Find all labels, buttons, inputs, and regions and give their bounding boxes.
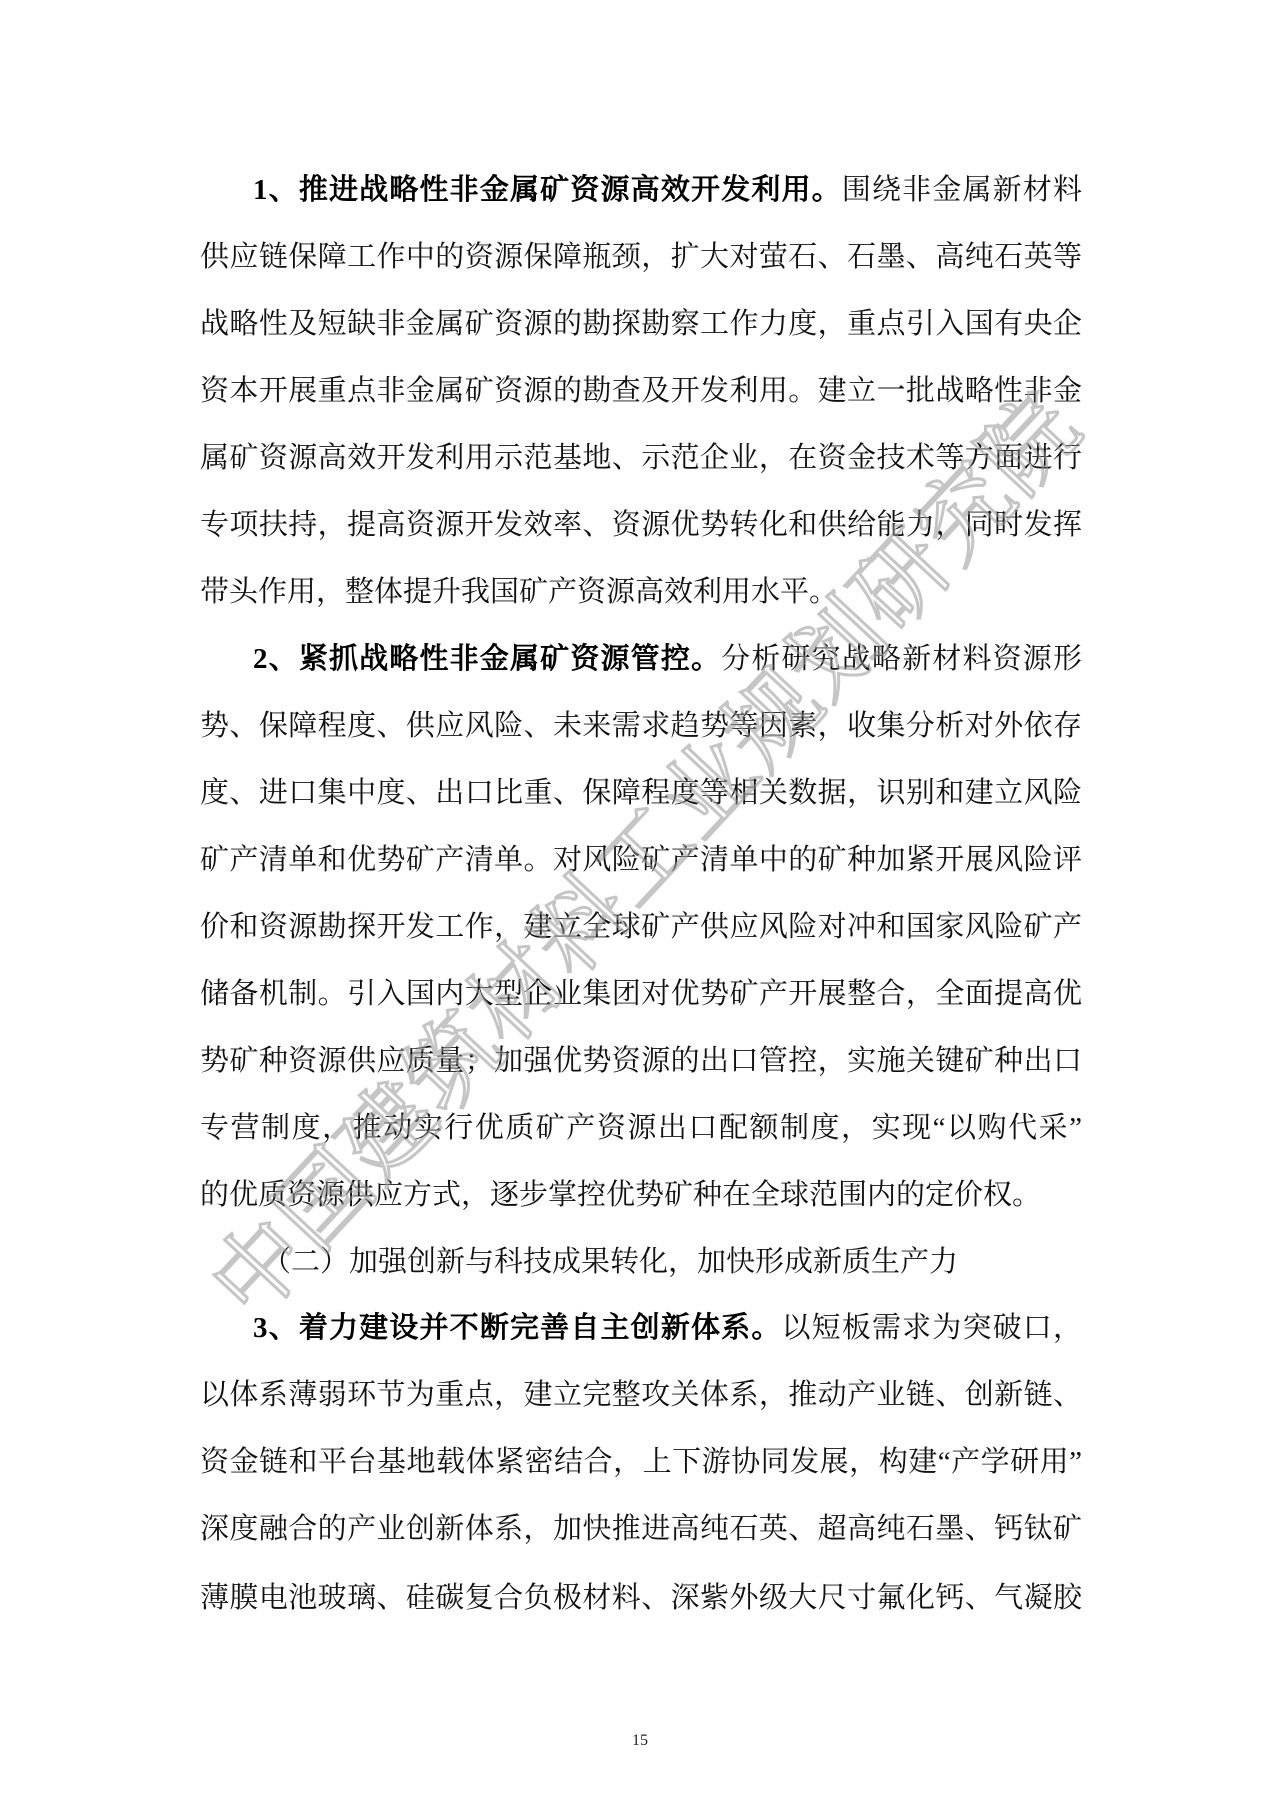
paragraph-2-line-3: 度、进口集中度、出口比重、保障程度等相关数据，识别和建立风险 (200, 773, 1082, 813)
paragraph-2-line-5: 价和资源勘探开发工作，建立全球矿产供应风险对冲和国家风险矿产 (200, 907, 1082, 947)
paragraph-1-line-5: 属矿资源高效开发利用示范基地、示范企业，在资金技术等方面进行 (200, 438, 1082, 478)
page-number: 15 (620, 1732, 660, 1750)
paragraph-2-line-4: 矿产清单和优势矿产清单。对风险矿产清单中的矿种加紧开展风险评 (200, 840, 1082, 880)
paragraph-1-line-3: 战略性及短缺非金属矿资源的勘探勘察工作力度，重点引入国有央企 (200, 304, 1082, 344)
paragraph-2-line-7: 势矿种资源供应质量；加强优势资源的出口管控，实施关键矿种出口 (200, 1041, 1082, 1081)
paragraph-2-text: 分析研究战略新材料资源形 (721, 643, 1082, 675)
paragraph-3-line-5: 薄膜电池玻璃、硅碳复合负极材料、深紫外级大尺寸氟化钙、气凝胶 (200, 1578, 1082, 1618)
paragraph-2-line-6: 储备机制。引入国内大型企业集团对优势矿产开展整合，全面提高优 (200, 974, 1082, 1014)
section-heading: （二）加强创新与科技成果转化，加快形成新质生产力 (262, 1242, 958, 1282)
paragraph-2-line-1: 2、紧抓战略性非金属矿资源管控。分析研究战略新材料资源形 (253, 639, 1082, 679)
paragraph-3-text: 以短板需求为突破口， (781, 1312, 1082, 1344)
paragraph-3-line-1: 3、着力建设并不断完善自主创新体系。以短板需求为突破口， (253, 1308, 1082, 1348)
paragraph-2-line-9: 的优质资源供应方式，逐步掌控优势矿种在全球范围内的定价权。 (200, 1175, 1082, 1215)
paragraph-1-text: 围绕非金属新材料 (842, 174, 1082, 206)
paragraph-3-line-4: 深度融合的产业创新体系，加快推进高纯石英、超高纯石墨、钙钛矿 (200, 1509, 1082, 1549)
paragraph-1-line-7: 带头作用，整体提升我国矿产资源高效利用水平。 (200, 572, 1082, 612)
paragraph-2-line-2: 势、保障程度、供应风险、未来需求趋势等因素，收集分析对外依存 (200, 706, 1082, 746)
paragraph-3-line-3: 资金链和平台基地载体紧密结合，上下游协同发展，构建“产学研用” (200, 1442, 1082, 1482)
paragraph-3-line-2: 以体系薄弱环节为重点，建立完整攻关体系，推动产业链、创新链、 (200, 1375, 1082, 1415)
paragraph-1-line-1: 1、推进战略性非金属矿资源高效开发利用。围绕非金属新材料 (253, 170, 1082, 210)
document-page: 1、推进战略性非金属矿资源高效开发利用。围绕非金属新材料 供应链保障工作中的资源… (0, 0, 1280, 1809)
paragraph-1-line-2: 供应链保障工作中的资源保障瓶颈，扩大对萤石、石墨、高纯石英等 (200, 237, 1082, 277)
paragraph-3-heading: 3、着力建设并不断完善自主创新体系。 (253, 1312, 781, 1344)
paragraph-2-heading: 2、紧抓战略性非金属矿资源管控。 (253, 643, 721, 675)
paragraph-1-line-4: 资本开展重点非金属矿资源的勘查及开发利用。建立一批战略性非金 (200, 371, 1082, 411)
paragraph-1-line-6: 专项扶持，提高资源开发效率、资源优势转化和供给能力，同时发挥 (200, 505, 1082, 545)
paragraph-2-line-8: 专营制度，推动实行优质矿产资源出口配额制度，实现“以购代采” (200, 1108, 1082, 1148)
paragraph-1-heading: 1、推进战略性非金属矿资源高效开发利用。 (253, 174, 842, 206)
